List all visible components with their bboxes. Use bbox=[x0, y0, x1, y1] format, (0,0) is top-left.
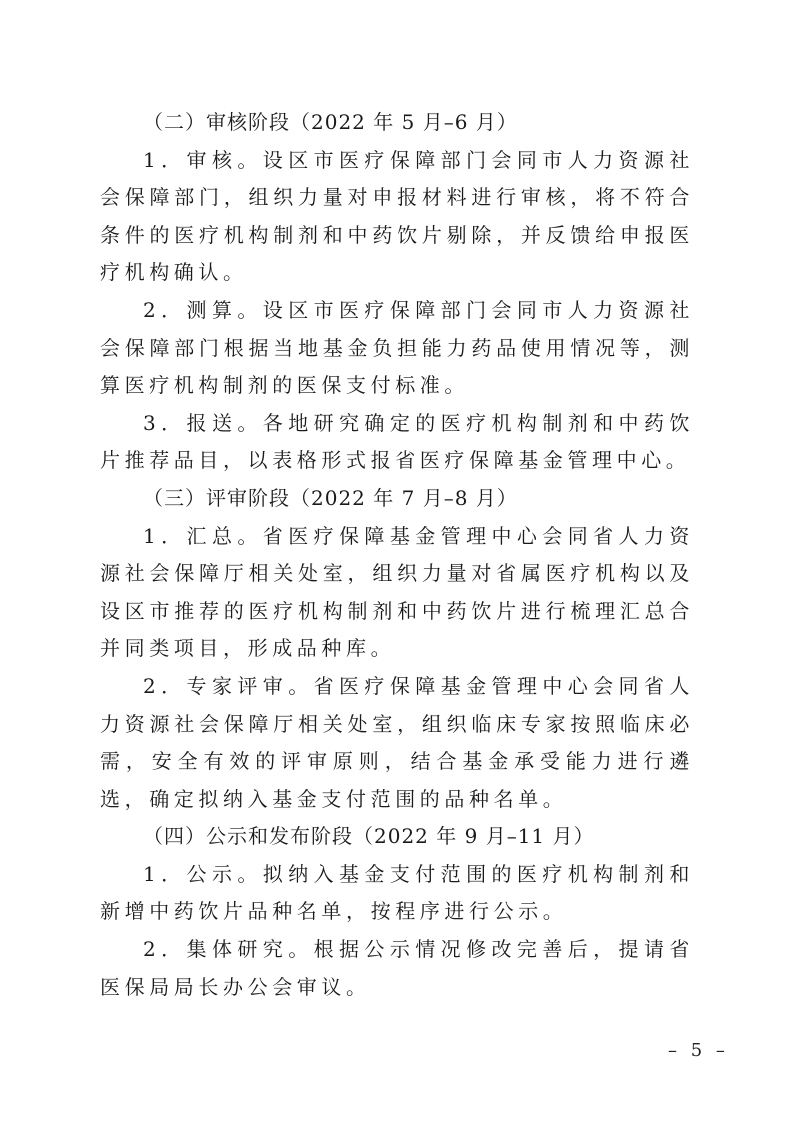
page-number: – 5 – bbox=[668, 1040, 729, 1061]
section-heading-review: （二）审核阶段（2022 年 5 月–6 月） bbox=[100, 104, 694, 142]
section-heading-publication: （四）公示和发布阶段（2022 年 9 月–11 月） bbox=[100, 818, 694, 856]
paragraph-review-calculation: 2．测算。设区市医疗保障部门会同市人力资源社会保障部门根据当地基金负担能力药品使… bbox=[100, 292, 694, 405]
paragraph-evaluation-summary: 1．汇总。省医疗保障基金管理中心会同省人力资源社会保障厅相关处室，组织力量对省属… bbox=[100, 518, 694, 668]
section-heading-evaluation: （三）评审阶段（2022 年 7 月–8 月） bbox=[100, 480, 694, 518]
paragraph-publication-notice: 1．公示。拟纳入基金支付范围的医疗机构制剂和新增中药饮片品种名单，按程序进行公示… bbox=[100, 856, 694, 931]
document-body: （二）审核阶段（2022 年 5 月–6 月） 1．审核。设区市医疗保障部门会同… bbox=[100, 104, 694, 1006]
paragraph-evaluation-expert: 2．专家评审。省医疗保障基金管理中心会同省人力资源社会保障厅相关处室，组织临床专… bbox=[100, 668, 694, 818]
paragraph-review-audit: 1．审核。设区市医疗保障部门会同市人力资源社会保障部门，组织力量对申报材料进行审… bbox=[100, 142, 694, 292]
paragraph-publication-review: 2．集体研究。根据公示情况修改完善后，提请省医保局局长办公会审议。 bbox=[100, 931, 694, 1006]
paragraph-review-submission: 3．报送。各地研究确定的医疗机构制剂和中药饮片推荐品目，以表格形式报省医疗保障基… bbox=[100, 405, 694, 480]
